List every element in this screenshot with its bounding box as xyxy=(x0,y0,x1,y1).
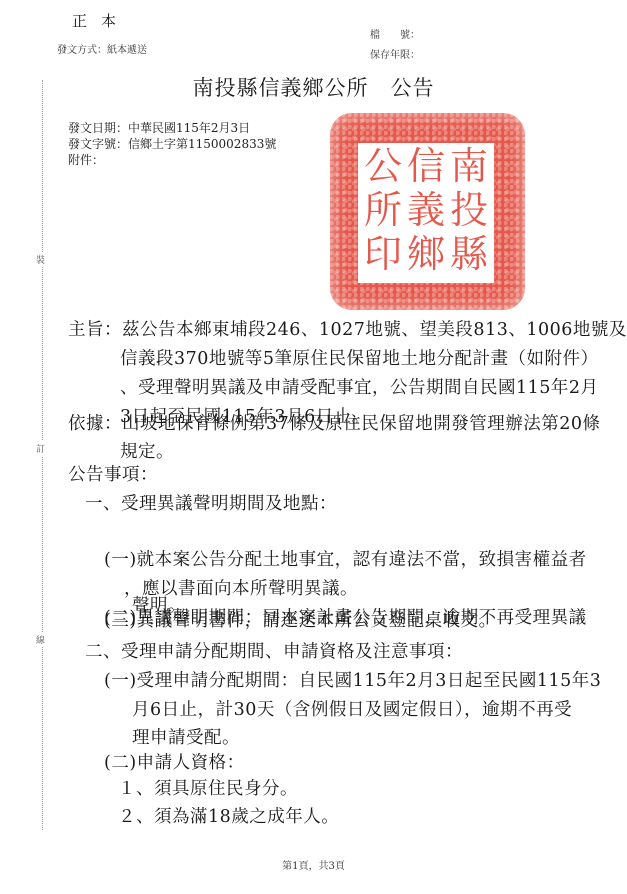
dispatch-method: 發文方式：紙本遞送 xyxy=(57,41,147,56)
notice-items-heading: 公告事項： xyxy=(68,461,158,486)
qualification-1: １、須具原住民身分。 xyxy=(118,775,298,800)
seal-char: 義 xyxy=(407,191,445,235)
seal-char: 所 xyxy=(364,191,402,235)
seal-column-3: 公 所 印 xyxy=(364,147,402,279)
attachments-label: 附件： xyxy=(68,151,104,168)
subject-line-3: 、受理聲明異議及申請受配事宜，公告期間自民國115年2月 xyxy=(120,374,599,399)
seal-column-1: 南 投 縣 xyxy=(450,147,488,279)
subject-line-2: 信義段370地號等5筆原住民保留地土地分配計畫（如附件） xyxy=(120,345,599,370)
document-title: 南投縣信義鄉公所 公告 xyxy=(0,72,627,102)
section-1-heading: 一、受理異議聲明期間及地點： xyxy=(85,490,337,515)
page-indicator: 第1頁，共3頁 xyxy=(0,857,627,872)
basis-line-2: 規定。 xyxy=(120,438,174,463)
section-2-heading: 二、受理申請分配期間、申請資格及注意事項： xyxy=(85,638,463,663)
seal-char: 投 xyxy=(450,191,488,235)
section-2-item-1-line-3: 理申請受配。 xyxy=(132,724,240,749)
retention-period-label: 保存年限： xyxy=(370,46,420,61)
section-2-item-2-heading: (二)申請人資格： xyxy=(104,749,245,774)
official-seal-stamp: 南 投 縣 信 義 鄉 公 所 印 xyxy=(330,113,525,310)
binding-mark-bind: 裝 xyxy=(36,252,45,267)
section-2-item-1-line-2: 月6日止，計30天（含例假日及國定假日），逾期不再受 xyxy=(132,696,572,721)
subject-line-1: 主旨：茲公告本鄉東埔段246、1027地號、望美段813、1006地號及 xyxy=(68,316,627,341)
seal-char: 鄉 xyxy=(407,235,445,279)
file-number-label: 檔 號： xyxy=(370,26,420,41)
section-1-item-1-line-1: (一)就本案公告分配土地事宜，認有違法不當，致損害權益者 xyxy=(104,546,587,571)
section-1-item-3: (三)異議聲明書件，請逕送本所公文登記桌收文。 xyxy=(104,607,497,632)
seal-column-2: 信 義 鄉 xyxy=(407,147,445,279)
section-2-item-1-line-1: (一)受理申請分配期間：自民國115年2月3日起至民國115年3 xyxy=(104,667,601,692)
seal-char: 公 xyxy=(364,147,402,191)
copy-type-label: 正本 xyxy=(72,10,130,31)
qualification-2: ２、須為滿18歲之成年人。 xyxy=(118,803,339,828)
seal-char: 縣 xyxy=(450,235,488,279)
seal-char: 印 xyxy=(364,235,402,279)
seal-char: 信 xyxy=(407,147,445,191)
seal-inscription: 南 投 縣 信 義 鄉 公 所 印 xyxy=(358,143,494,283)
document-number: 發文字號：信鄉土字第1150002833號 xyxy=(68,135,276,152)
issue-date: 發文日期：中華民國115年2月3日 xyxy=(68,119,250,136)
binding-mark-line: 線 xyxy=(36,632,45,647)
seal-char: 南 xyxy=(450,147,488,191)
binding-mark-staple: 訂 xyxy=(36,441,45,456)
basis-line-1: 依據：山坡地保育條例第37條及原住民保留地開發管理辦法第20條 xyxy=(68,410,601,435)
